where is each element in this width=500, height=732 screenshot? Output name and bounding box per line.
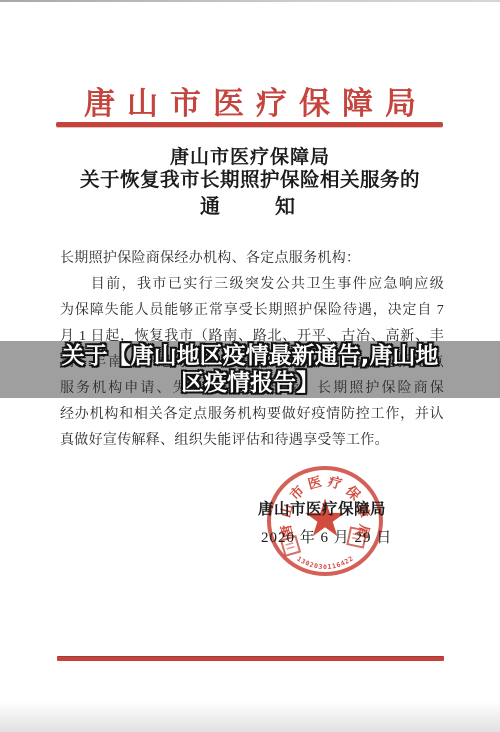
doc-notice-heading: 通 知: [0, 190, 500, 219]
body-line: 真做好宣传解释、组织失能评估和待遇享受等工作。: [60, 428, 444, 454]
signature-org: 唐山市医疗保障局: [258, 497, 386, 519]
scanned-notice-document: 唐山市医疗保障局 唐山市医疗保障局 关于恢复我市长期照护保险相关服务的 通 知 …: [0, 0, 500, 732]
caption-overlay-band: 关于【唐山地区疫情最新通告,唐山地 区疫情报告】: [0, 341, 500, 398]
scan-top-edge: [0, 0, 500, 2]
footer-rule: [57, 656, 444, 661]
doc-subject-heading: 关于恢复我市长期照护保险相关服务的: [0, 164, 500, 192]
letterhead-rule: [56, 122, 443, 127]
body-line: 目前，我市已实行三级突发公共卫生事件应急响应级别，: [60, 272, 444, 298]
body-line: 为保障失能人员能够正常享受长期照护保险待遇，决定自 7: [60, 298, 444, 324]
signature-date: 2020 年 6 月 29 日: [261, 526, 392, 547]
body-line: 经办机构和相关各定点服务机构要做好疫情防控工作，并认: [60, 402, 444, 428]
body-line: 长期照护保险商保经办机构、各定点服务机构：: [60, 246, 444, 272]
scan-bottom-shadow: [0, 702, 500, 732]
caption-line: 区疫情报告】: [181, 370, 319, 397]
caption-line: 关于【唐山地区疫情最新通告,唐山地: [62, 343, 439, 370]
letterhead-title: 唐山市医疗保障局: [0, 78, 500, 123]
official-seal: 唐山市医疗保障局 1302030116422 ★: [266, 465, 384, 577]
